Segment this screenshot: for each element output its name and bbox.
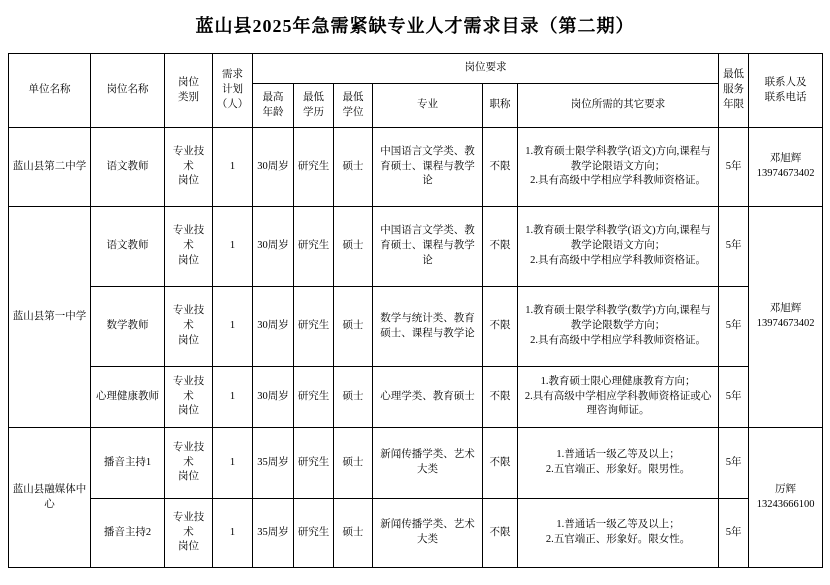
header-plan: 需求 计划 （人）: [213, 54, 253, 128]
header-requirements: 岗位要求: [253, 54, 719, 84]
cell-min-degree: 硕士: [334, 128, 373, 207]
cell-service: 5年: [719, 499, 749, 568]
header-max-age: 最高 年龄: [253, 84, 294, 128]
header-min-edu: 最低 学历: [294, 84, 334, 128]
contact-name: 邓旭辉: [752, 302, 819, 317]
contact-phone: 13974673402: [752, 317, 819, 332]
header-row-top: 单位名称 岗位名称 岗位 类别 需求 计划 （人） 岗位要求 最低 服务 年限 …: [9, 54, 823, 84]
cell-max-age: 35周岁: [253, 499, 294, 568]
cell-major: 中国语言文学类、教育硕士、课程与教学论: [373, 207, 483, 287]
cell-category: 专业技术 岗位: [165, 128, 213, 207]
cell-position: 语文教师: [91, 207, 165, 287]
cell-min-edu: 研究生: [294, 207, 334, 287]
cell-contact: 厉辉 13243666100: [749, 428, 823, 568]
cell-major: 数学与统计类、教育硕士、课程与教学论: [373, 287, 483, 367]
cell-plan: 1: [213, 367, 253, 428]
cell-service: 5年: [719, 207, 749, 287]
header-category: 岗位 类别: [165, 54, 213, 128]
cell-plan: 1: [213, 128, 253, 207]
cell-prof-title: 不限: [483, 128, 518, 207]
header-prof-title: 职称: [483, 84, 518, 128]
contact-phone: 13974673402: [752, 167, 819, 182]
cell-other: 1.教育硕士限学科教学(语文)方向,课程与教学论限语文方向； 2.具有高级中学相…: [518, 207, 719, 287]
cell-other: 1.教育硕士限学科教学(语文)方向,课程与教学论限语文方向； 2.具有高级中学相…: [518, 128, 719, 207]
cell-position: 数学教师: [91, 287, 165, 367]
cell-other: 1.普通话一级乙等及以上； 2.五官端正、形象好。限男性。: [518, 428, 719, 499]
cell-min-degree: 硕士: [334, 499, 373, 568]
cell-category: 专业技术 岗位: [165, 207, 213, 287]
header-contact: 联系人及 联系电话: [749, 54, 823, 128]
cell-max-age: 30周岁: [253, 207, 294, 287]
cell-service: 5年: [719, 428, 749, 499]
cell-plan: 1: [213, 428, 253, 499]
header-min-degree: 最低 学位: [334, 84, 373, 128]
cell-contact: 邓旭辉 13974673402: [749, 128, 823, 207]
cell-major: 新闻传播学类、艺术大类: [373, 499, 483, 568]
cell-max-age: 30周岁: [253, 287, 294, 367]
cell-category: 专业技术 岗位: [165, 499, 213, 568]
cell-min-edu: 研究生: [294, 128, 334, 207]
cell-unit: 蓝山县融媒体中心: [9, 428, 91, 568]
cell-max-age: 30周岁: [253, 128, 294, 207]
table-row: 蓝山县第二中学 语文教师 专业技术 岗位 1 30周岁 研究生 硕士 中国语言文…: [9, 128, 823, 207]
table-row: 蓝山县融媒体中心 播音主持1 专业技术 岗位 1 35周岁 研究生 硕士 新闻传…: [9, 428, 823, 499]
cell-service: 5年: [719, 367, 749, 428]
cell-plan: 1: [213, 499, 253, 568]
cell-prof-title: 不限: [483, 287, 518, 367]
contact-name: 厉辉: [752, 483, 819, 498]
cell-min-degree: 硕士: [334, 207, 373, 287]
cell-min-degree: 硕士: [334, 367, 373, 428]
page-title: 蓝山县2025年急需紧缺专业人才需求目录（第二期）: [0, 0, 830, 38]
cell-unit: 蓝山县第二中学: [9, 128, 91, 207]
talent-demand-table: 单位名称 岗位名称 岗位 类别 需求 计划 （人） 岗位要求 最低 服务 年限 …: [8, 53, 823, 568]
table-row: 数学教师 专业技术 岗位 1 30周岁 研究生 硕士 数学与统计类、教育硕士、课…: [9, 287, 823, 367]
cell-major: 心理学类、教育硕士: [373, 367, 483, 428]
cell-max-age: 35周岁: [253, 428, 294, 499]
cell-prof-title: 不限: [483, 367, 518, 428]
table-row: 蓝山县第一中学 语文教师 专业技术 岗位 1 30周岁 研究生 硕士 中国语言文…: [9, 207, 823, 287]
cell-other: 1.教育硕士限学科教学(数学)方向,课程与教学论限数学方向； 2.具有高级中学相…: [518, 287, 719, 367]
cell-contact: 邓旭辉 13974673402: [749, 207, 823, 428]
cell-min-degree: 硕士: [334, 428, 373, 499]
cell-prof-title: 不限: [483, 499, 518, 568]
header-service: 最低 服务 年限: [719, 54, 749, 128]
header-other: 岗位所需的其它要求: [518, 84, 719, 128]
cell-plan: 1: [213, 287, 253, 367]
cell-prof-title: 不限: [483, 428, 518, 499]
cell-major: 新闻传播学类、艺术大类: [373, 428, 483, 499]
cell-position: 语文教师: [91, 128, 165, 207]
header-major: 专业: [373, 84, 483, 128]
cell-major: 中国语言文学类、教育硕士、课程与教学论: [373, 128, 483, 207]
header-position: 岗位名称: [91, 54, 165, 128]
cell-other: 1.普通话一级乙等及以上； 2.五官端正、形象好。限女性。: [518, 499, 719, 568]
cell-prof-title: 不限: [483, 207, 518, 287]
cell-max-age: 30周岁: [253, 367, 294, 428]
document-page: 蓝山县2025年急需紧缺专业人才需求目录（第二期） 单位名称 岗位名称 岗位 类…: [0, 0, 830, 585]
cell-position: 心理健康教师: [91, 367, 165, 428]
cell-unit: 蓝山县第一中学: [9, 207, 91, 428]
cell-min-edu: 研究生: [294, 499, 334, 568]
table-row: 心理健康教师 专业技术 岗位 1 30周岁 研究生 硕士 心理学类、教育硕士 不…: [9, 367, 823, 428]
cell-service: 5年: [719, 287, 749, 367]
cell-position: 播音主持2: [91, 499, 165, 568]
cell-min-edu: 研究生: [294, 428, 334, 499]
cell-other: 1.教育硕士限心理健康教育方向； 2.具有高级中学相应学科教师资格证或心理咨询师…: [518, 367, 719, 428]
cell-service: 5年: [719, 128, 749, 207]
cell-min-edu: 研究生: [294, 287, 334, 367]
cell-category: 专业技术 岗位: [165, 428, 213, 499]
contact-name: 邓旭辉: [752, 152, 819, 167]
cell-category: 专业技术 岗位: [165, 367, 213, 428]
cell-category: 专业技术 岗位: [165, 287, 213, 367]
cell-min-edu: 研究生: [294, 367, 334, 428]
table-row: 播音主持2 专业技术 岗位 1 35周岁 研究生 硕士 新闻传播学类、艺术大类 …: [9, 499, 823, 568]
header-unit: 单位名称: [9, 54, 91, 128]
contact-phone: 13243666100: [752, 498, 819, 513]
cell-plan: 1: [213, 207, 253, 287]
cell-position: 播音主持1: [91, 428, 165, 499]
cell-min-degree: 硕士: [334, 287, 373, 367]
